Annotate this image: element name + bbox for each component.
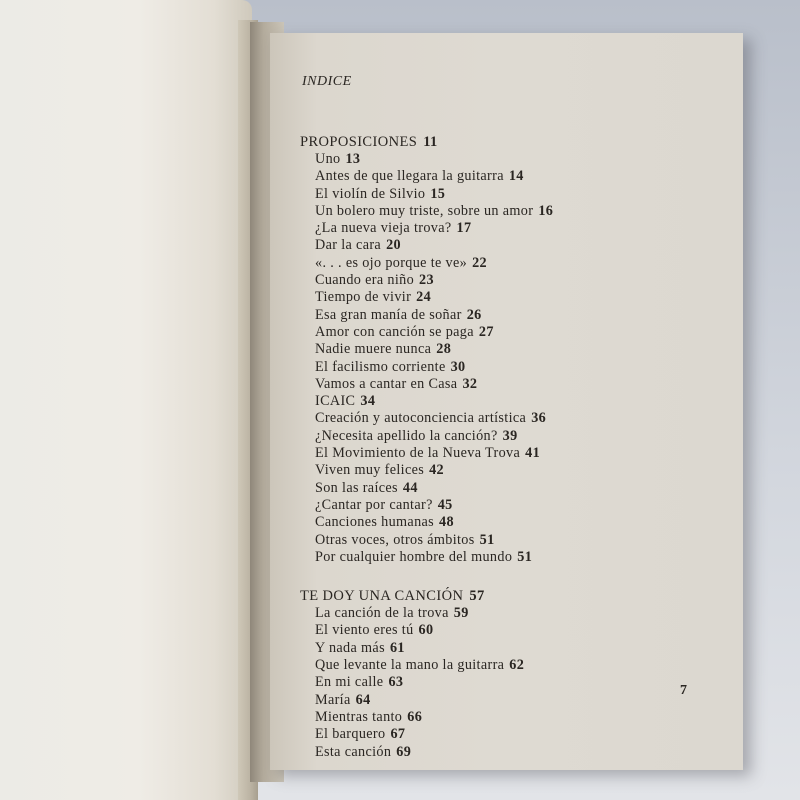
toc-entry: Tiempo de vivir24 xyxy=(300,289,553,306)
toc-entry: Dar la cara20 xyxy=(300,237,553,254)
entry-page-number: 60 xyxy=(419,622,434,638)
toc-entry: El Movimiento de la Nueva Trova41 xyxy=(300,445,553,462)
toc-entry: Un bolero muy triste, sobre un amor16 xyxy=(300,203,553,220)
section-entries: Uno13Antes de que llegara la guitarra14E… xyxy=(300,151,553,566)
entry-title: Un bolero muy triste, sobre un amor xyxy=(315,203,533,219)
entry-page-number: 24 xyxy=(416,289,431,305)
entry-page-number: 26 xyxy=(467,307,482,323)
page-number: 7 xyxy=(680,683,687,699)
entry-page-number: 14 xyxy=(509,168,524,184)
entry-page-number: 17 xyxy=(457,220,472,236)
toc-entry: Nadie muere nunca28 xyxy=(300,341,553,358)
entry-title: Tiempo de vivir xyxy=(315,289,411,305)
toc-entry: El barquero67 xyxy=(300,726,553,743)
section-heading: PROPOSICIONES11 xyxy=(300,133,553,151)
entry-page-number: 13 xyxy=(345,151,360,167)
toc-entry: El violín de Silvio15 xyxy=(300,186,553,203)
toc-entry: Viven muy felices42 xyxy=(300,462,553,479)
entry-page-number: 16 xyxy=(538,203,553,219)
entry-page-number: 69 xyxy=(396,744,411,760)
entry-page-number: 27 xyxy=(479,324,494,340)
section-heading: TE DOY UNA CANCIÓN57 xyxy=(300,587,553,605)
entry-page-number: 51 xyxy=(480,532,495,548)
toc-entry: Vamos a cantar en Casa32 xyxy=(300,376,553,393)
section-spacer xyxy=(300,566,553,587)
toc-entry: Cuando era niño23 xyxy=(300,272,553,289)
entry-title: Viven muy felices xyxy=(315,462,424,478)
entry-page-number: 34 xyxy=(360,393,375,409)
toc-entry: Por cualquier hombre del mundo51 xyxy=(300,549,553,566)
entry-page-number: 32 xyxy=(462,376,477,392)
toc-entry: El facilismo corriente30 xyxy=(300,359,553,376)
toc-entry: María64 xyxy=(300,692,553,709)
toc-entry: Uno13 xyxy=(300,151,553,168)
entry-title: «. . . es ojo porque te ve» xyxy=(315,255,467,271)
entry-title: Que levante la mano la guitarra xyxy=(315,657,504,673)
toc-entry: La canción de la trova59 xyxy=(300,605,553,622)
toc-entry: Que levante la mano la guitarra62 xyxy=(300,657,553,674)
entry-title: Canciones humanas xyxy=(315,514,434,530)
toc-entry: El viento eres tú60 xyxy=(300,622,553,639)
entry-title: Creación y autoconciencia artística xyxy=(315,410,526,426)
entry-title: María xyxy=(315,692,351,708)
entry-page-number: 23 xyxy=(419,272,434,288)
entry-title: La canción de la trova xyxy=(315,605,449,621)
entry-page-number: 61 xyxy=(390,640,405,656)
toc-entry: Otras voces, otros ámbitos51 xyxy=(300,532,553,549)
entry-title: Amor con canción se paga xyxy=(315,324,474,340)
left-page xyxy=(0,0,252,800)
entry-title: Esta canción xyxy=(315,744,391,760)
section-page-number: 57 xyxy=(469,588,484,604)
entry-title: El viento eres tú xyxy=(315,622,414,638)
section-proposiciones: PROPOSICIONES11 Uno13Antes de que llegar… xyxy=(300,133,553,566)
entry-title: El Movimiento de la Nueva Trova xyxy=(315,445,520,461)
page-title: INDICE xyxy=(302,74,553,90)
entry-page-number: 39 xyxy=(503,428,518,444)
section-heading-text: TE DOY UNA CANCIÓN xyxy=(300,588,463,604)
entry-title: ICAIC xyxy=(315,393,355,409)
toc-entry: «. . . es ojo porque te ve»22 xyxy=(300,255,553,272)
entry-title: Por cualquier hombre del mundo xyxy=(315,549,512,565)
entry-page-number: 62 xyxy=(509,657,524,673)
entry-page-number: 64 xyxy=(356,692,371,708)
entry-page-number: 51 xyxy=(517,549,532,565)
entry-title: Mientras tanto xyxy=(315,709,402,725)
toc-entry: Amor con canción se paga27 xyxy=(300,324,553,341)
entry-title: El violín de Silvio xyxy=(315,186,425,202)
section-entries: La canción de la trova59El viento eres t… xyxy=(300,605,553,761)
toc-entry: ¿Cantar por cantar?45 xyxy=(300,497,553,514)
entry-title: En mi calle xyxy=(315,674,383,690)
entry-page-number: 44 xyxy=(403,480,418,496)
entry-page-number: 22 xyxy=(472,255,487,271)
toc-entry: Esa gran manía de soñar26 xyxy=(300,307,553,324)
toc-entry: Creación y autoconciencia artística36 xyxy=(300,410,553,427)
toc-entry: Y nada más61 xyxy=(300,640,553,657)
toc-entry: ¿La nueva vieja trova?17 xyxy=(300,220,553,237)
entry-title: ¿Cantar por cantar? xyxy=(315,497,433,513)
entry-page-number: 30 xyxy=(451,359,466,375)
entry-page-number: 59 xyxy=(454,605,469,621)
entry-title: Otras voces, otros ámbitos xyxy=(315,532,475,548)
toc-entry: Son las raíces44 xyxy=(300,480,553,497)
section-page-number: 11 xyxy=(423,134,438,150)
toc-entry: ICAIC34 xyxy=(300,393,553,410)
entry-page-number: 36 xyxy=(531,410,546,426)
entry-page-number: 66 xyxy=(407,709,422,725)
entry-title: Son las raíces xyxy=(315,480,398,496)
entry-page-number: 42 xyxy=(429,462,444,478)
toc-entry: Canciones humanas48 xyxy=(300,514,553,531)
entry-title: ¿La nueva vieja trova? xyxy=(315,220,452,236)
entry-title: ¿Necesita apellido la canción? xyxy=(315,428,498,444)
entry-page-number: 48 xyxy=(439,514,454,530)
entry-page-number: 28 xyxy=(436,341,451,357)
entry-title: Esa gran manía de soñar xyxy=(315,307,462,323)
toc-entry: ¿Necesita apellido la canción?39 xyxy=(300,428,553,445)
entry-title: Vamos a cantar en Casa xyxy=(315,376,457,392)
toc-entry: Esta canción69 xyxy=(300,744,553,761)
entry-title: Cuando era niño xyxy=(315,272,414,288)
toc-entry: Mientras tanto66 xyxy=(300,709,553,726)
entry-title: El barquero xyxy=(315,726,385,742)
entry-title: Dar la cara xyxy=(315,237,381,253)
section-heading-text: PROPOSICIONES xyxy=(300,134,417,150)
entry-page-number: 45 xyxy=(438,497,453,513)
entry-page-number: 20 xyxy=(386,237,401,253)
entry-page-number: 67 xyxy=(390,726,405,742)
table-of-contents: INDICE PROPOSICIONES11 Uno13Antes de que… xyxy=(300,74,553,761)
entry-title: El facilismo corriente xyxy=(315,359,446,375)
toc-entry: En mi calle63 xyxy=(300,674,553,691)
entry-title: Antes de que llegara la guitarra xyxy=(315,168,504,184)
entry-title: Y nada más xyxy=(315,640,385,656)
entry-title: Uno xyxy=(315,151,340,167)
entry-page-number: 15 xyxy=(430,186,445,202)
section-te-doy-una-cancion: TE DOY UNA CANCIÓN57 La canción de la tr… xyxy=(300,587,553,761)
entry-title: Nadie muere nunca xyxy=(315,341,431,357)
entry-page-number: 63 xyxy=(388,674,403,690)
toc-entry: Antes de que llegara la guitarra14 xyxy=(300,168,553,185)
entry-page-number: 41 xyxy=(525,445,540,461)
